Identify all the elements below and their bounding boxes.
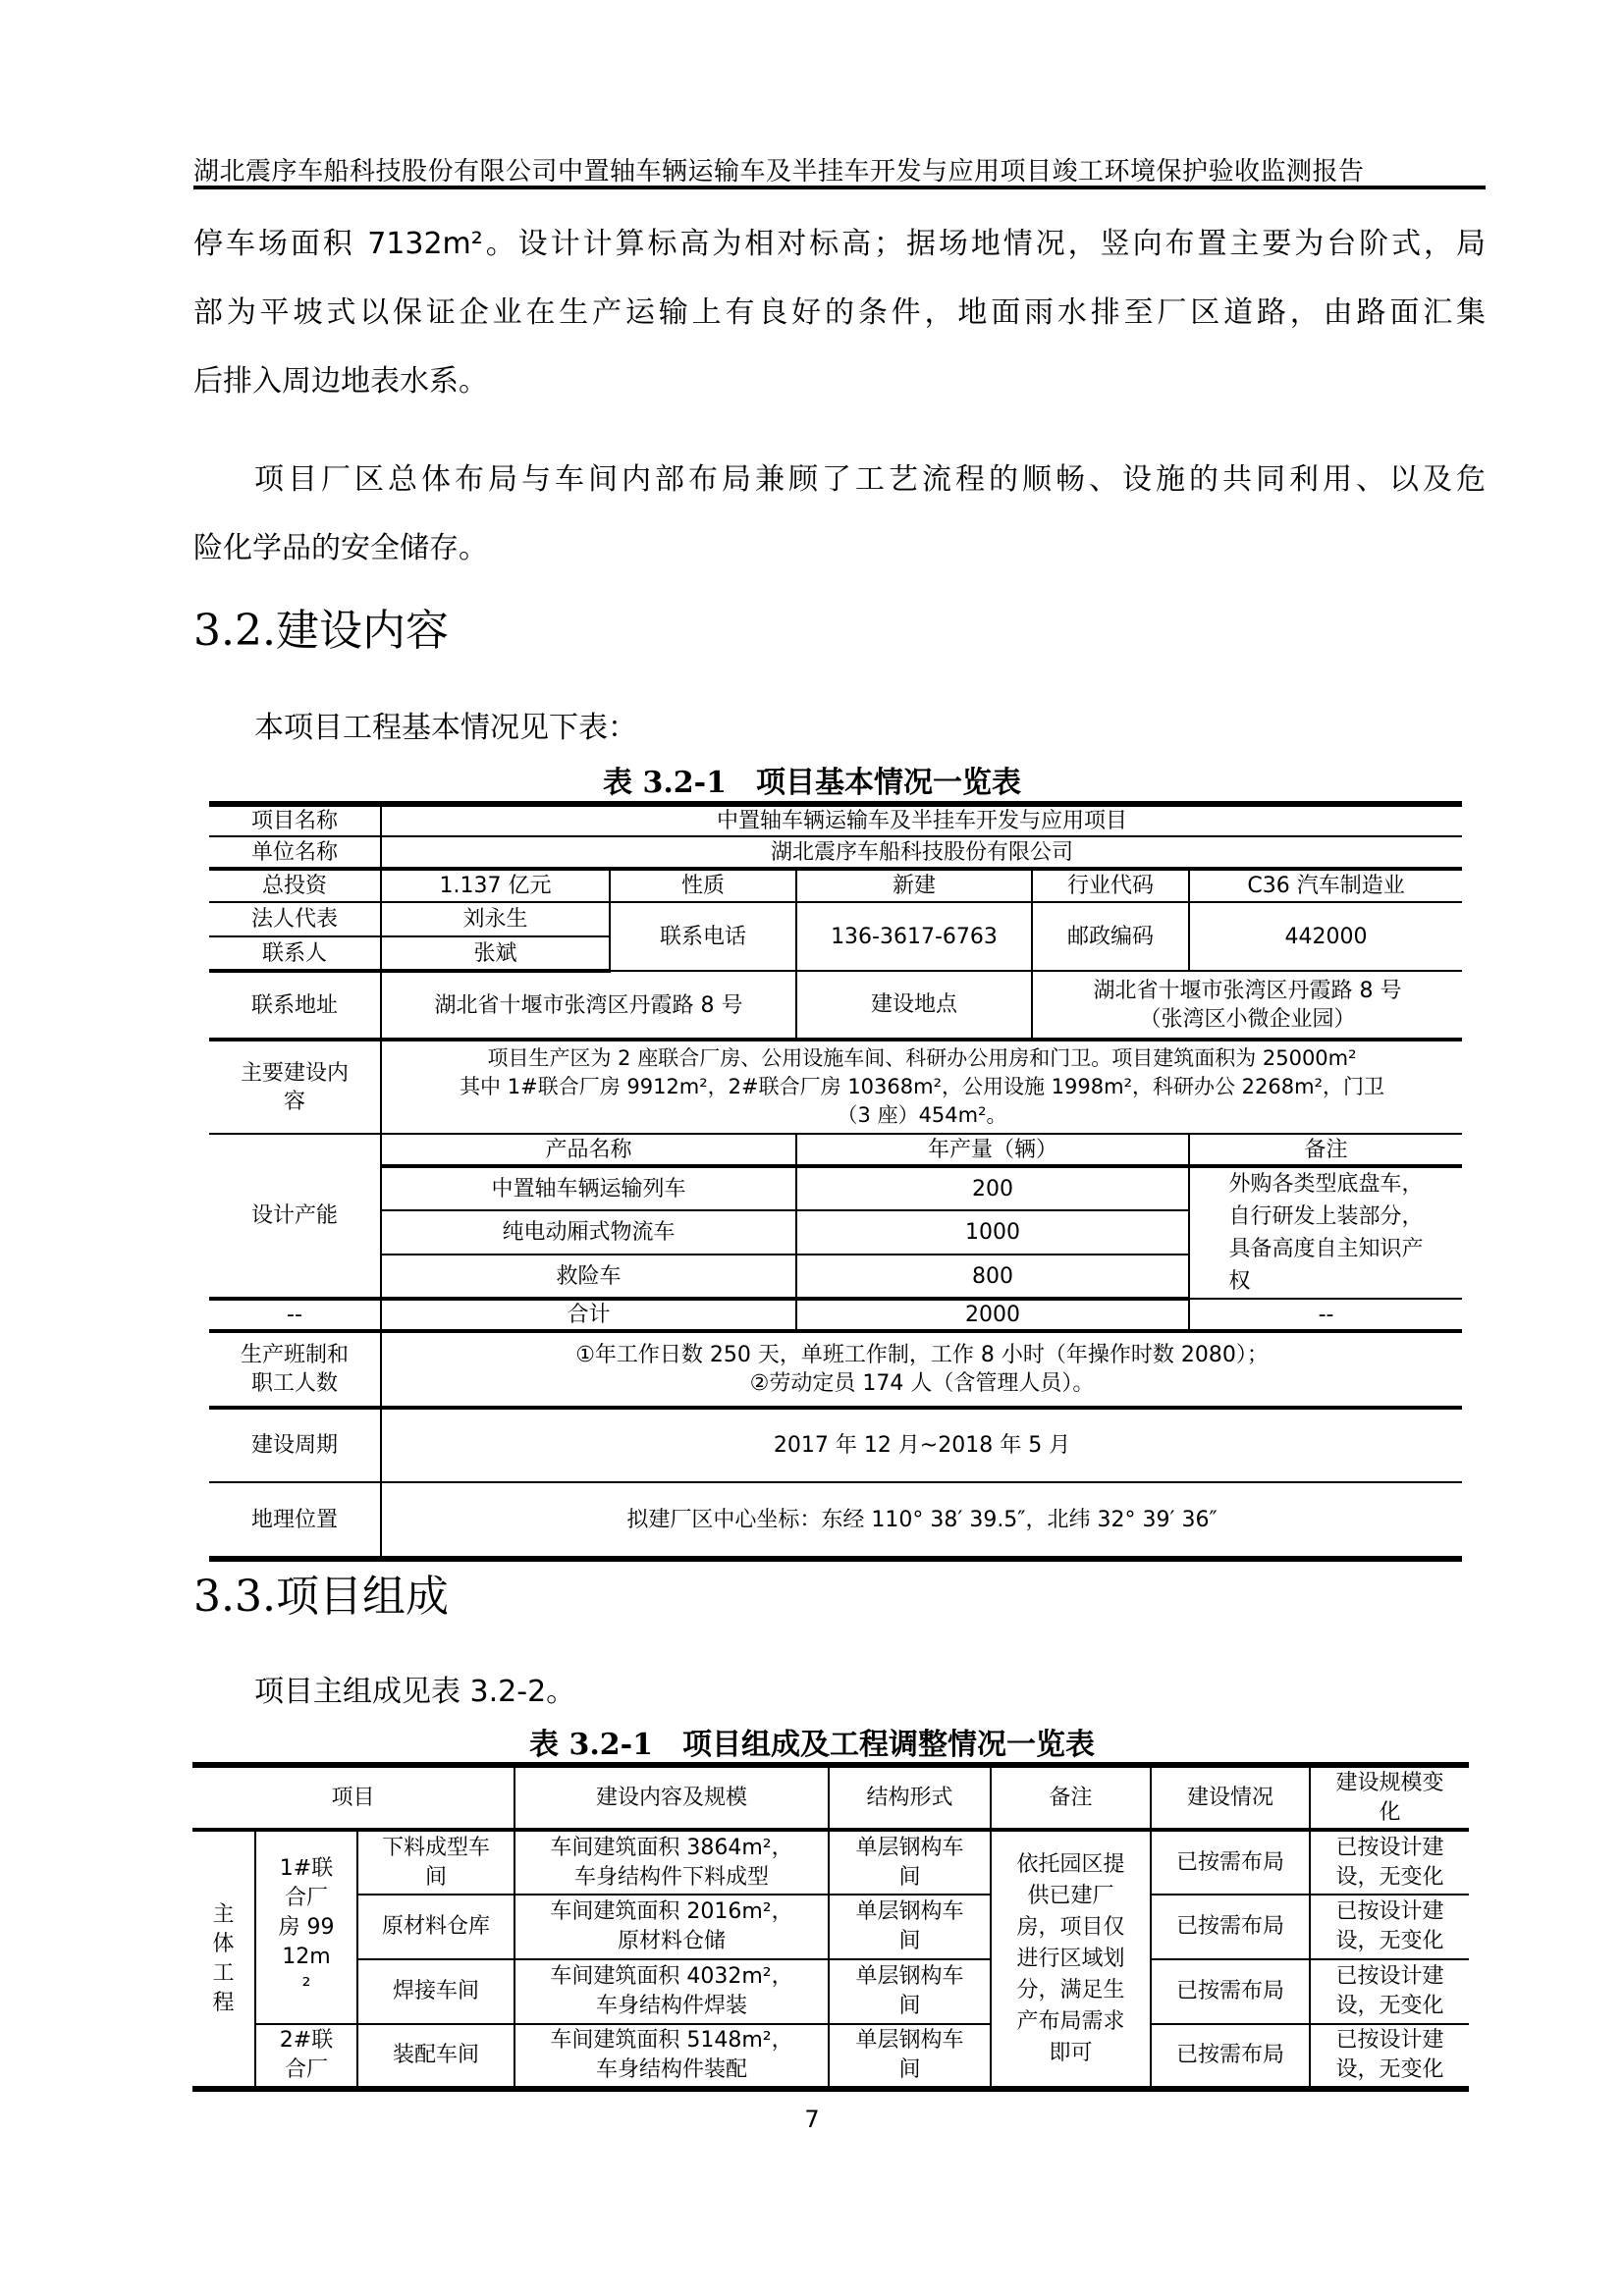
paragraph-line: 停车场面积 7132m²。设计计算标高为相对标高；据场地情况，竖向布置主要为台阶… [193,210,1486,279]
group-main-works: 主体工程 [192,1830,255,2089]
value-site: 湖北省十堰市张湾区丹霞路 8 号 （张湾区小微企业园） [1032,971,1462,1040]
label-address: 联系地址 [209,971,381,1040]
label-location: 地理位置 [209,1482,381,1559]
header-content: 建设内容及规模 [514,1765,829,1830]
table-caption-composition: 表 3.2-1 项目组成及工程调整情况一览表 [0,1720,1624,1763]
header-status: 建设情况 [1151,1765,1310,1830]
total-row-label: -- [209,1299,381,1331]
value-legal-rep: 刘永生 [381,902,610,936]
workshop-name: 焊接车间 [357,1959,514,2024]
label-investment: 总投资 [209,869,381,902]
workshop-structure: 单层钢构车间 [829,1959,991,2024]
header-change: 建设规模变化 [1310,1765,1469,1830]
value-project-name: 中置轴车辆运输车及半挂车开发与应用项目 [381,804,1462,836]
header-note: 备注 [991,1765,1151,1830]
capacity-product-qty: 800 [796,1255,1189,1299]
paragraph-line: 后排入周边地表水系。 [193,347,1486,416]
value-nature: 新建 [796,869,1032,902]
capacity-note: 外购各类型底盘车，自行研发上装部分，具备高度自主知识产权 [1189,1166,1462,1299]
label-industry-code: 行业代码 [1032,869,1189,902]
shift-line-1: ①年工作日数 250 天，单班工作制，工作 8 小时（年操作时数 2080）； [386,1341,1458,1369]
section-heading-3-3: 3.3.项目组成 [193,1561,449,1624]
workshop-content: 车间建筑面积 5148m²， 车身结构件装配 [514,2024,829,2089]
capacity-product-qty: 1000 [796,1210,1189,1255]
workshop-status: 已按需布局 [1151,1959,1310,2024]
workshop-status: 已按需布局 [1151,2024,1310,2089]
label-project-name: 项目名称 [209,804,381,836]
value-location: 拟建厂区中心坐标：东经 110° 38′ 39.5″，北纬 32° 39′ 36… [381,1482,1462,1559]
total-row-name: 合计 [381,1299,796,1331]
label-unit-name: 单位名称 [209,836,381,869]
value-shift: ①年工作日数 250 天，单班工作制，工作 8 小时（年操作时数 2080）； … [381,1331,1462,1408]
section-heading-3-2: 3.2.建设内容 [193,595,449,658]
value-investment: 1.137 亿元 [381,869,610,902]
section-lead-3-2: 本项目工程基本情况见下表： [254,703,637,746]
label-phone: 联系电话 [610,902,796,971]
workshop-structure: 单层钢构车间 [829,1895,991,1959]
capacity-product-name: 中置轴车辆运输列车 [381,1166,796,1210]
label-postcode: 邮政编码 [1032,902,1189,971]
building-1-label: 1#联合厂房 9912m² [255,1830,357,2024]
value-unit-name: 湖北震序车船科技股份有限公司 [381,836,1462,869]
header-divider [193,186,1486,189]
paragraph-site-layout: 停车场面积 7132m²。设计计算标高为相对标高；据场地情况，竖向布置主要为台阶… [193,210,1486,416]
label-main-content: 主要建设内容 [209,1040,381,1134]
workshop-note-merged: 依托园区提供已建厂房，项目仅进行区域划分，满足生产布局需求即可 [991,1830,1151,2089]
capacity-header-name: 产品名称 [381,1134,796,1166]
capacity-product-name: 纯电动厢式物流车 [381,1210,796,1255]
page-number: 7 [0,2106,1624,2133]
composition-table: 项目 建设内容及规模 结构形式 备注 建设情况 建设规模变化 主体工程 1#联合… [192,1762,1469,2092]
workshop-name: 装配车间 [357,2024,514,2089]
label-legal-rep: 法人代表 [209,902,381,936]
total-row-qty: 2000 [796,1299,1189,1331]
workshop-change: 已按设计建设，无变化 [1310,1830,1469,1895]
header-structure: 结构形式 [829,1765,991,1830]
workshop-name: 下料成型车间 [357,1830,514,1895]
label-period: 建设周期 [209,1408,381,1482]
building-2-label: 2#联合厂 [255,2024,357,2089]
workshop-structure: 单层钢构车间 [829,2024,991,2089]
shift-line-2: ②劳动定员 174 人（含管理人员）。 [386,1369,1458,1398]
site-line-2: （张湾区小微企业园） [1037,1005,1458,1034]
value-postcode: 442000 [1189,902,1462,971]
capacity-product-name: 救险车 [381,1255,796,1299]
main-content-line-3: （3 座）454m²。 [386,1101,1458,1130]
workshop-change: 已按设计建设，无变化 [1310,1959,1469,2024]
capacity-header-note: 备注 [1189,1134,1462,1166]
paragraph-line: 项目厂区总体布局与车间内部布局兼顾了工艺流程的顺畅、设施的共同利用、以及危 [193,446,1486,514]
value-phone: 136-3617-6763 [796,902,1032,971]
section-lead-3-3: 项目主组成见表 3.2-2。 [254,1667,575,1710]
workshop-status: 已按需布局 [1151,1830,1310,1895]
workshop-change: 已按设计建设，无变化 [1310,1895,1469,1959]
total-row-note: -- [1189,1299,1462,1331]
workshop-change: 已按设计建设，无变化 [1310,2024,1469,2089]
capacity-product-qty: 200 [796,1166,1189,1210]
label-capacity: 设计产能 [209,1134,381,1299]
workshop-content: 车间建筑面积 3864m²， 车身结构件下料成型 [514,1830,829,1895]
workshop-name: 原材料仓库 [357,1895,514,1959]
main-content-line-1: 项目生产区为 2 座联合厂房、公用设施车间、科研办公用房和门卫。项目建筑面积为 … [386,1044,1458,1073]
label-contact: 联系人 [209,936,381,971]
value-contact: 张斌 [381,936,610,971]
label-site: 建设地点 [796,971,1032,1040]
basic-info-table: 项目名称 中置轴车辆运输车及半挂车开发与应用项目 单位名称 湖北震序车船科技股份… [209,801,1462,1562]
workshop-content: 车间建筑面积 4032m²， 车身结构件焊装 [514,1959,829,2024]
label-shift: 生产班制和职工人数 [209,1331,381,1408]
workshop-status: 已按需布局 [1151,1895,1310,1959]
main-content-line-2: 其中 1#联合厂房 9912m²，2#联合厂房 10368m²，公用设施 199… [386,1073,1458,1101]
site-line-1: 湖北省十堰市张湾区丹霞路 8 号 [1037,977,1458,1005]
running-header: 湖北震序车船科技股份有限公司中置轴车辆运输车及半挂车开发与应用项目竣工环境保护验… [193,151,1365,187]
paragraph-layout-principle: 项目厂区总体布局与车间内部布局兼顾了工艺流程的顺畅、设施的共同利用、以及危 险化… [193,446,1486,583]
workshop-content: 车间建筑面积 2016m²， 原材料仓储 [514,1895,829,1959]
value-industry-code: C36 汽车制造业 [1189,869,1462,902]
table-caption-basic-info: 表 3.2-1 项目基本情况一览表 [0,758,1624,801]
paragraph-line: 险化学品的安全储存。 [193,514,1486,583]
value-main-content: 项目生产区为 2 座联合厂房、公用设施车间、科研办公用房和门卫。项目建筑面积为 … [381,1040,1462,1134]
value-period: 2017 年 12 月~2018 年 5 月 [381,1408,1462,1482]
header-item: 项目 [192,1765,514,1830]
value-address: 湖北省十堰市张湾区丹霞路 8 号 [381,971,796,1040]
label-nature: 性质 [610,869,796,902]
workshop-structure: 单层钢构车间 [829,1830,991,1895]
capacity-header-qty: 年产量（辆） [796,1134,1189,1166]
paragraph-line: 部为平坡式以保证企业在生产运输上有良好的条件，地面雨水排至厂区道路，由路面汇集 [193,279,1486,347]
